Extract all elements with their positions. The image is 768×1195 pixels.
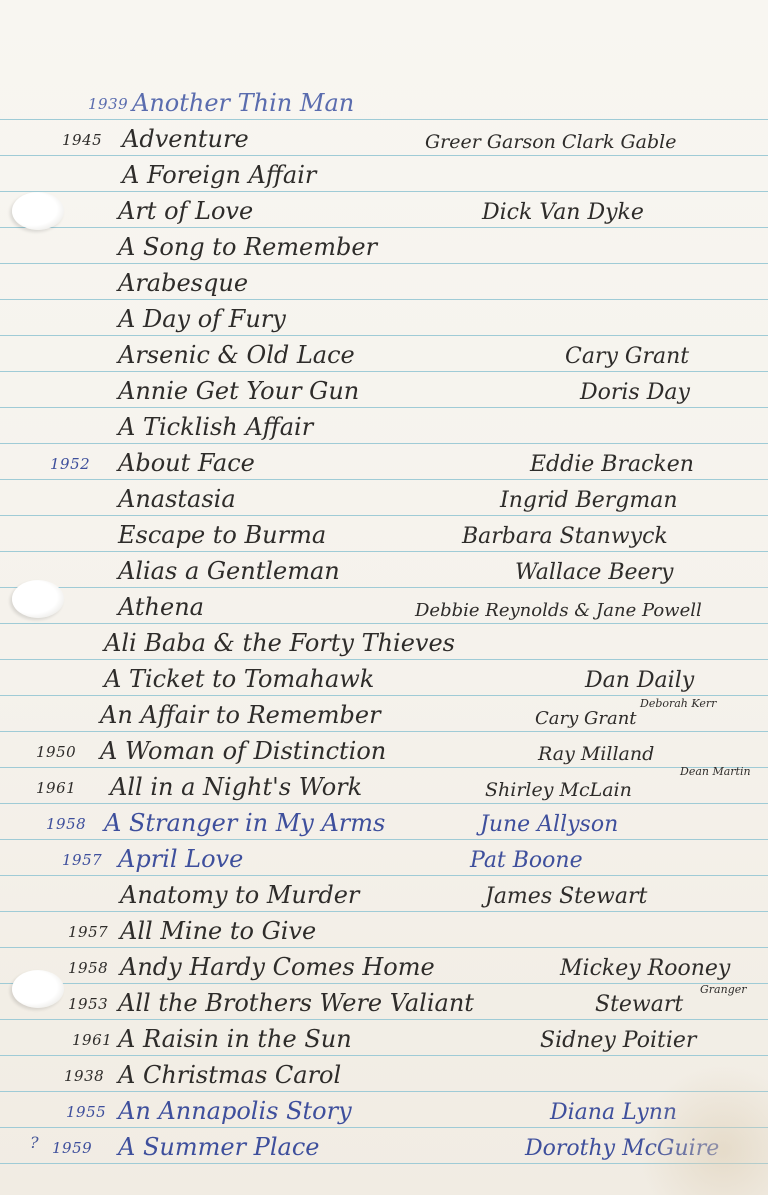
entry-year: 1957 xyxy=(68,923,108,941)
entry-title: A Ticklish Affair xyxy=(118,413,313,441)
entry-row: 1950 A Woman of Distinction Ray Milland xyxy=(0,731,768,767)
entry-costar-note: Granger xyxy=(700,983,747,996)
entry-title: Alias a Gentleman xyxy=(118,557,340,585)
entry-row: Anatomy to Murder James Stewart xyxy=(0,875,768,911)
entry-title: Anastasia xyxy=(118,485,236,513)
entry-row: Ali Baba & the Forty Thieves xyxy=(0,623,768,659)
entry-title: A Foreign Affair xyxy=(122,161,316,189)
entry-title: A Song to Remember xyxy=(118,233,377,261)
entry-title: Arsenic & Old Lace xyxy=(118,341,355,369)
entry-year: 1953 xyxy=(68,995,108,1013)
entry-stars: Stewart xyxy=(595,992,683,1017)
entry-row: Art of Love Dick Van Dyke xyxy=(0,191,768,227)
entry-stars: Shirley McLain xyxy=(485,779,632,801)
entry-stars: Barbara Stanwyck xyxy=(462,524,668,549)
entry-title: Andy Hardy Comes Home xyxy=(120,953,435,981)
entry-year: 1945 xyxy=(62,131,102,149)
entry-row: 1958 Andy Hardy Comes Home Mickey Rooney xyxy=(0,947,768,983)
entry-title: Art of Love xyxy=(118,197,253,225)
entry-year: 1958 xyxy=(46,815,86,833)
entry-year: 1957 xyxy=(62,851,102,869)
entry-row: A Day of Fury xyxy=(0,299,768,335)
entry-row: An Affair to Remember Cary Grant Deborah… xyxy=(0,695,768,731)
entry-title: All in a Night's Work xyxy=(110,773,362,801)
entry-stars: Diana Lynn xyxy=(550,1100,677,1125)
margin-question-mark: ? xyxy=(30,1133,39,1152)
entry-stars: Sidney Poitier xyxy=(540,1028,696,1053)
entry-stars: James Stewart xyxy=(485,884,647,909)
entry-year: 1959 xyxy=(52,1139,92,1157)
entry-title: All the Brothers Were Valiant xyxy=(118,989,474,1017)
entry-costar-note: Dean Martin xyxy=(680,765,751,778)
entry-row: 1957 All Mine to Give xyxy=(0,911,768,947)
entry-row: 1945 Adventure Greer Garson Clark Gable xyxy=(0,119,768,155)
entry-year: 1952 xyxy=(50,455,90,473)
entry-title: Annie Get Your Gun xyxy=(118,377,359,405)
entry-row: 1961 All in a Night's Work Shirley McLai… xyxy=(0,767,768,803)
entry-year: 1961 xyxy=(72,1031,112,1049)
entry-row: A Foreign Affair xyxy=(0,155,768,191)
entry-stars: Greer Garson Clark Gable xyxy=(425,131,677,153)
entry-title: A Stranger in My Arms xyxy=(104,809,385,837)
entry-row: Arabesque xyxy=(0,263,768,299)
entry-year: 1958 xyxy=(68,959,108,977)
entry-row: 1957 April Love Pat Boone xyxy=(0,839,768,875)
entry-title: Adventure xyxy=(122,125,249,153)
entry-stars: Ingrid Bergman xyxy=(500,488,678,513)
entry-stars: Pat Boone xyxy=(470,848,583,873)
entry-title: Athena xyxy=(118,593,204,621)
entry-row: 1938 A Christmas Carol xyxy=(0,1055,768,1091)
entry-row: 1961 A Raisin in the Sun Sidney Poitier xyxy=(0,1019,768,1055)
entry-title: April Love xyxy=(118,845,243,873)
entry-row: 1958 A Stranger in My Arms June Allyson xyxy=(0,803,768,839)
entry-year: 1950 xyxy=(36,743,76,761)
entry-title: A Woman of Distinction xyxy=(100,737,386,765)
entry-row: ? 1959 A Summer Place Dorothy McGuire xyxy=(0,1127,768,1163)
entry-title: An Annapolis Story xyxy=(118,1097,352,1125)
entry-stars: Cary Grant xyxy=(565,344,689,369)
entry-title: Arabesque xyxy=(118,269,248,297)
entry-stars: Ray Milland xyxy=(538,743,654,765)
entry-row: Alias a Gentleman Wallace Beery xyxy=(0,551,768,587)
entry-stars: Dorothy McGuire xyxy=(525,1136,719,1161)
entry-year: 1939 xyxy=(88,95,128,113)
entry-title: All Mine to Give xyxy=(120,917,316,945)
entry-title: Ali Baba & the Forty Thieves xyxy=(104,629,455,657)
notebook-page: 1939 Another Thin Man 1945 Adventure Gre… xyxy=(0,0,768,1195)
entry-title: A Day of Fury xyxy=(118,305,286,333)
entry-row: Anastasia Ingrid Bergman xyxy=(0,479,768,515)
entry-row: 1952 About Face Eddie Bracken xyxy=(0,443,768,479)
entry-row: A Song to Remember xyxy=(0,227,768,263)
entry-year: 1955 xyxy=(66,1103,106,1121)
entry-title: A Raisin in the Sun xyxy=(118,1025,352,1053)
entry-stars: Mickey Rooney xyxy=(560,956,730,981)
entry-stars: Dan Daily xyxy=(585,668,694,693)
entry-title: A Ticket to Tomahawk xyxy=(104,665,374,693)
entry-row: Escape to Burma Barbara Stanwyck xyxy=(0,515,768,551)
entry-row: Arsenic & Old Lace Cary Grant xyxy=(0,335,768,371)
entry-row: A Ticklish Affair xyxy=(0,407,768,443)
entry-row: Annie Get Your Gun Doris Day xyxy=(0,371,768,407)
entry-stars: Wallace Beery xyxy=(515,560,674,585)
entry-stars: Dick Van Dyke xyxy=(482,200,644,225)
entry-row: 1955 An Annapolis Story Diana Lynn xyxy=(0,1091,768,1127)
entry-stars: June Allyson xyxy=(480,812,618,837)
ruled-line xyxy=(0,1163,768,1164)
entry-row: 1953 All the Brothers Were Valiant Stewa… xyxy=(0,983,768,1019)
entry-row: 1939 Another Thin Man xyxy=(0,83,768,119)
entry-title: Another Thin Man xyxy=(132,89,354,117)
entry-year: 1961 xyxy=(36,779,76,797)
entry-stars: Eddie Bracken xyxy=(530,452,694,477)
entry-title: An Affair to Remember xyxy=(100,701,381,729)
entry-title: A Summer Place xyxy=(118,1133,319,1161)
entry-stars: Debbie Reynolds & Jane Powell xyxy=(415,600,702,621)
entry-stars: Cary Grant xyxy=(535,708,637,729)
entry-title: A Christmas Carol xyxy=(118,1061,341,1089)
entry-stars: Doris Day xyxy=(580,380,690,405)
entry-year: 1938 xyxy=(64,1067,104,1085)
entry-costar-note: Deborah Kerr xyxy=(640,697,716,710)
entry-title: Anatomy to Murder xyxy=(120,881,359,909)
entry-title: About Face xyxy=(118,449,255,477)
entry-row: Athena Debbie Reynolds & Jane Powell xyxy=(0,587,768,623)
entry-title: Escape to Burma xyxy=(118,521,326,549)
entry-row: A Ticket to Tomahawk Dan Daily xyxy=(0,659,768,695)
